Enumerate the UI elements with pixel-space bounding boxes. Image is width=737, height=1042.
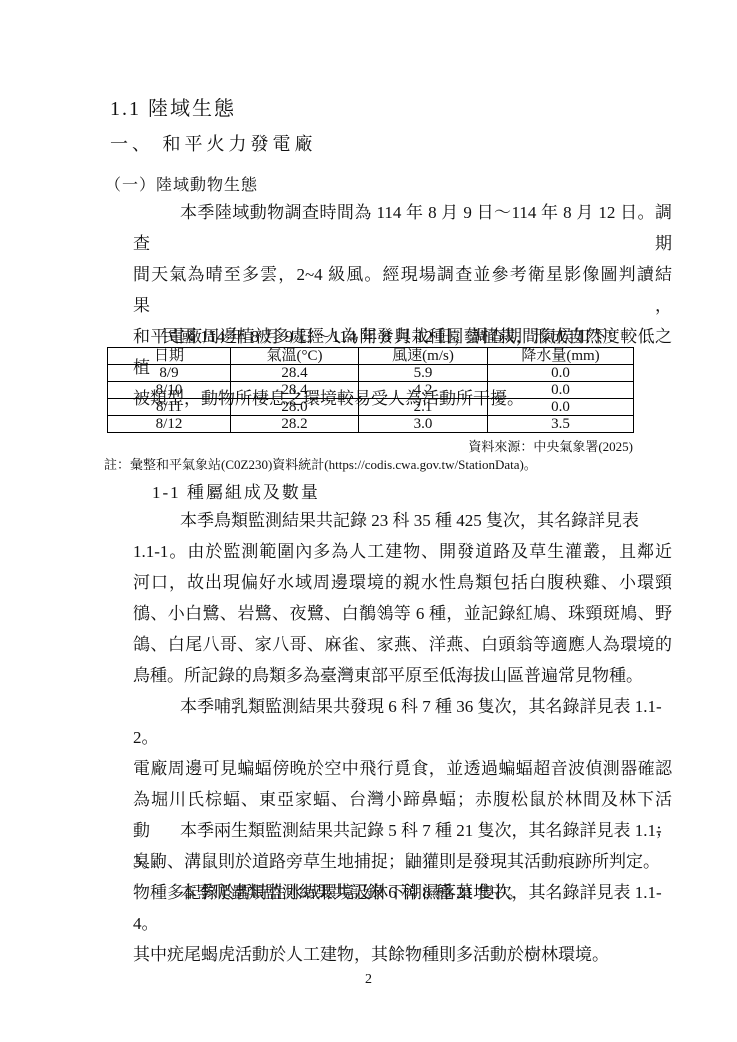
table-row: 8/12 28.2 3.0 3.5: [108, 416, 634, 433]
cell-precipitation: 0.0: [488, 399, 634, 416]
cell-windspeed: 4.2: [359, 382, 488, 399]
table-row: 8/11 28.0 2.1 0.0: [108, 399, 634, 416]
subsection-heading: （一）陸域動物生態: [105, 172, 258, 195]
paragraph-line: 其中疣尾蝎虎活動於人工建物，其餘物種則多活動於樹林環境。: [133, 939, 672, 970]
column-header-windspeed: 風速(m/s): [359, 348, 488, 365]
cell-date: 8/9: [108, 365, 231, 382]
paragraph-line: 本季兩生類監測結果共記錄 5 科 7 種 21 隻次，其名錄詳見表 1.1-3。: [133, 815, 672, 877]
table-header-row: 日期 氣溫(°C) 風速(m/s) 降水量(mm): [108, 348, 634, 365]
column-header-temperature: 氣溫(°C): [231, 348, 359, 365]
page-number: 2: [0, 972, 737, 988]
paragraph-line: 本季鳥類監測結果共記錄 23 科 35 種 425 隻次，其名錄詳見表: [133, 505, 672, 536]
cell-temperature: 28.0: [231, 399, 359, 416]
section-heading: 1.1 陸域生態: [110, 92, 236, 121]
reptiles-paragraph: 本季爬蟲類監測結果共記錄 6 科 8 種 21 隻次，其名錄詳見表 1.1-4。…: [133, 877, 672, 970]
table-row: 8/10 28.4 4.2 0.0: [108, 382, 634, 399]
weather-table: 日期 氣溫(°C) 風速(m/s) 降水量(mm) 8/9 28.4 5.9 0…: [107, 347, 634, 433]
column-header-date: 日期: [108, 348, 231, 365]
composition-subheading: 1-1 種屬組成及數量: [152, 482, 320, 504]
cell-windspeed: 5.9: [359, 365, 488, 382]
cell-temperature: 28.4: [231, 365, 359, 382]
plant-heading: 一、 和平火力發電廠: [110, 130, 317, 156]
paragraph-line: 河口，故出現偏好水域周邊環境的親水性鳥類包括白腹秧雞、小環頸: [133, 567, 672, 598]
paragraph-line: 本季哺乳類監測結果共發現 6 科 7 種 36 隻次，其名錄詳見表 1.1-2。: [133, 691, 672, 753]
cell-precipitation: 0.0: [488, 365, 634, 382]
cell-temperature: 28.4: [231, 382, 359, 399]
column-header-precipitation: 降水量(mm): [488, 348, 634, 365]
paragraph-line: 電廠周邊可見蝙蝠傍晚於空中飛行覓食，並透過蝙蝠超音波偵測器確認: [133, 753, 672, 784]
table-source-note: 資料來源：中央氣象署(2025): [107, 438, 633, 455]
paragraph-line: 間天氣為晴至多雲，2~4 級風。經現場調查並參考衛星影像圖判讀結果，: [133, 259, 672, 321]
paragraph-line: 鴿、白尾八哥、家八哥、麻雀、家燕、洋燕、白頭翁等適應人為環境的: [133, 629, 672, 660]
paragraph-line: 本季陸域動物調查時間為 114 年 8 月 9 日～114 年 8 月 12 日…: [133, 197, 672, 259]
cell-windspeed: 2.1: [359, 399, 488, 416]
document-page: 1.1 陸域生態 一、 和平火力發電廠 （一）陸域動物生態 本季陸域動物調查時間…: [0, 0, 737, 1042]
paragraph-line: 鴴、小白鷺、岩鷺、夜鷺、白鶺鴒等 6 種，並記錄紅鳩、珠頸斑鳩、野: [133, 598, 672, 629]
table-row: 8/9 28.4 5.9 0.0: [108, 365, 634, 382]
paragraph-line: 1.1-1。由於監測範圍內多為人工建物、開發道路及草生灌叢，且鄰近: [133, 536, 672, 567]
cell-date: 8/12: [108, 416, 231, 433]
table-footnote: 註：彙整和平氣象站(C0Z230)資料統計(https://codis.cwa.…: [104, 456, 664, 473]
paragraph-line: 鳥種。所記錄的鳥類多為臺灣東部平原至低海拔山區普遍常見物種。: [133, 660, 672, 691]
cell-temperature: 28.2: [231, 416, 359, 433]
cell-precipitation: 3.5: [488, 416, 634, 433]
paragraph-line: 本季爬蟲類監測結果共記錄 6 科 8 種 21 隻次，其名錄詳見表 1.1-4。: [133, 877, 672, 939]
cell-date: 8/10: [108, 382, 231, 399]
birds-paragraph: 本季鳥類監測結果共記錄 23 科 35 種 425 隻次，其名錄詳見表 1.1-…: [133, 505, 672, 691]
cell-precipitation: 0.0: [488, 382, 634, 399]
cell-windspeed: 3.0: [359, 416, 488, 433]
cell-date: 8/11: [108, 399, 231, 416]
